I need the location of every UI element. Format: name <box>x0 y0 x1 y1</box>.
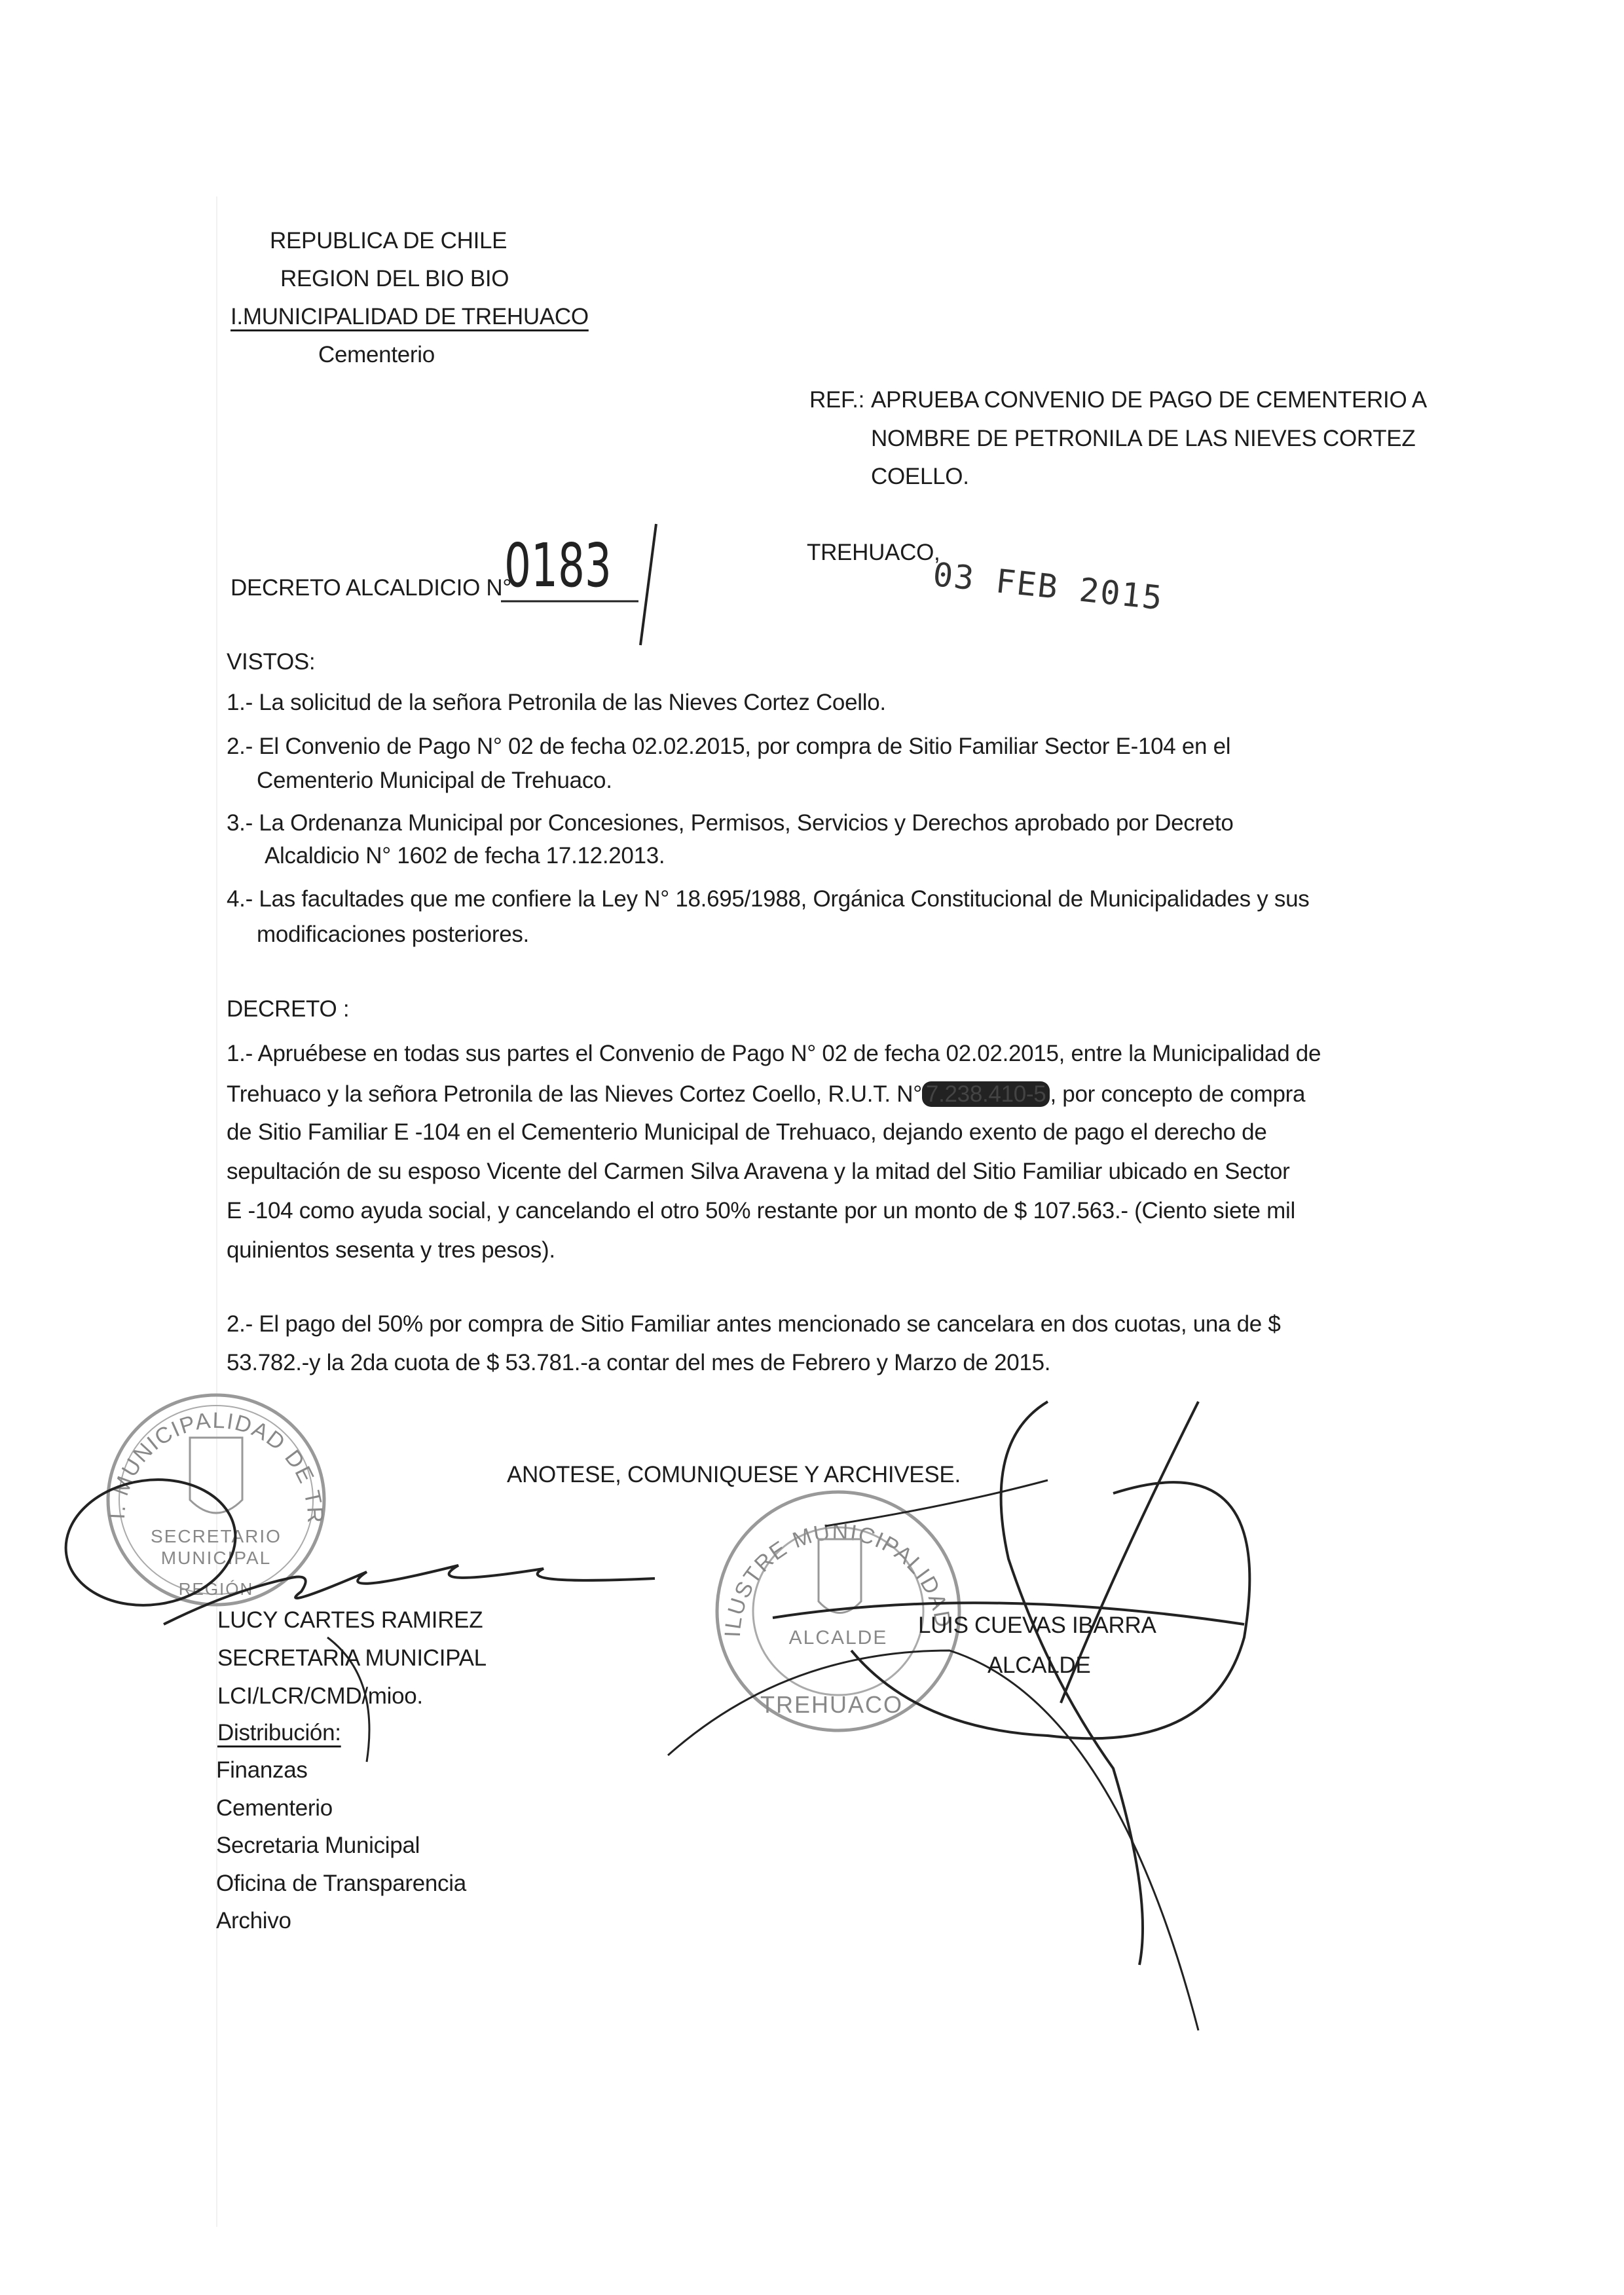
secretary-title: SECRETARIA MUNICIPAL <box>217 1647 487 1670</box>
distribution-item: Oficina de Transparencia <box>216 1872 466 1895</box>
distribution-item: Archivo <box>216 1909 291 1932</box>
mayor-name: LUIS CUEVAS IBARRA <box>918 1614 1156 1637</box>
distribution-item: Finanzas <box>216 1759 308 1782</box>
initials-reference: LCI/LCR/CMD/mioo. <box>217 1685 423 1707</box>
signature-strokes <box>0 0 1624 2295</box>
distribution-heading: Distribución: <box>217 1721 341 1744</box>
mayor-title: ALCALDE <box>987 1654 1090 1677</box>
distribution-item: Cementerio <box>216 1797 333 1819</box>
distribution-item: Secretaria Municipal <box>216 1834 420 1857</box>
secretary-name: LUCY CARTES RAMIREZ <box>217 1609 483 1632</box>
